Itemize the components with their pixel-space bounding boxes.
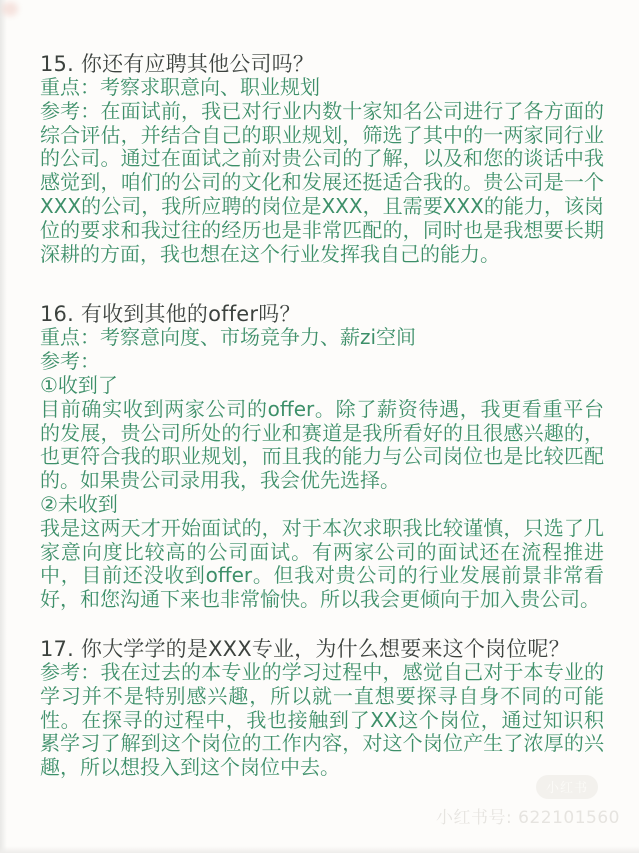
question-title-15: 15. 你还有应聘其他公司吗？ bbox=[40, 52, 604, 76]
emphasis-line-16: 重点：考察意向度、市场竞争力、薪zi空间 bbox=[40, 326, 604, 350]
watermark: 小红书 小红书号: 622101560 bbox=[436, 775, 620, 828]
option-2-label-16: ②未收到 bbox=[40, 493, 604, 517]
question-title-16: 16. 有收到其他的offer吗？ bbox=[40, 302, 604, 326]
qa-section-question-15: 15. 你还有应聘其他公司吗？ 重点：考察求职意向、职业规划 参考：在面试前，我… bbox=[40, 52, 604, 266]
photo-edge-bottom bbox=[0, 846, 639, 853]
option-1-answer-16: 目前确实收到两家公司的offer。除了薪资待遇，我更看重平台的发展，贵公司所处的… bbox=[40, 398, 604, 493]
reference-answer-17: 参考：我在过去的本专业的学习过程中，感觉自己对于本专业的学习并不是特别感兴趣，所… bbox=[40, 661, 604, 780]
xiaohongshu-account-id: 小红书号: 622101560 bbox=[436, 803, 620, 828]
option-1-label-16: ①收到了 bbox=[40, 374, 604, 398]
reference-label-16: 参考： bbox=[40, 350, 604, 374]
photo-corner-artifact bbox=[2, 2, 18, 16]
note-content: 15. 你还有应聘其他公司吗？ 重点：考察求职意向、职业规划 参考：在面试前，我… bbox=[40, 52, 604, 780]
question-title-17: 17. 你大学学的是XXX专业，为什么想要来这个岗位呢？ bbox=[40, 637, 604, 661]
reference-answer-15: 参考：在面试前，我已对行业内数十家知名公司进行了各方面的综合评估，并结合自己的职… bbox=[40, 100, 604, 267]
qa-section-question-16: 16. 有收到其他的offer吗？ 重点：考察意向度、市场竞争力、薪zi空间 参… bbox=[40, 302, 604, 612]
photo-edge-left bbox=[0, 0, 7, 853]
interview-note-page: 15. 你还有应聘其他公司吗？ 重点：考察求职意向、职业规划 参考：在面试前，我… bbox=[0, 0, 639, 853]
emphasis-line-15: 重点：考察求职意向、职业规划 bbox=[40, 76, 604, 100]
qa-section-question-17: 17. 你大学学的是XXX专业，为什么想要来这个岗位呢？ 参考：我在过去的本专业… bbox=[40, 637, 604, 780]
option-2-answer-16: 我是这两天才开始面试的，对于本次求职我比较谨慎，只选了几家意向度比较高的公司面试… bbox=[40, 517, 604, 612]
